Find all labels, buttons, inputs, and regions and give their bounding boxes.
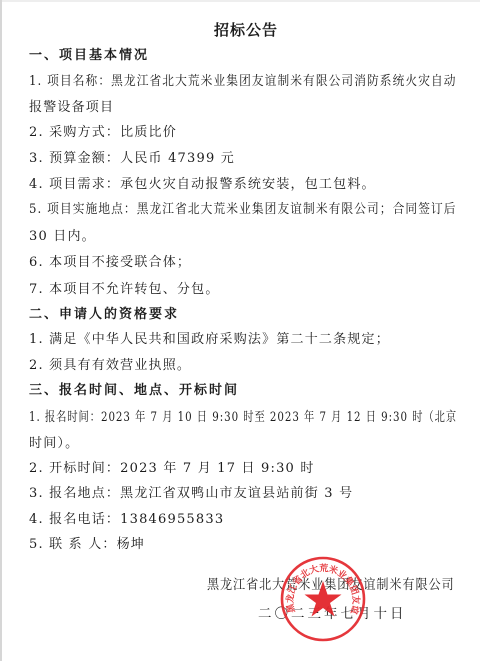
procurement-method: 2. 采购方式：比质比价 <box>29 124 177 142</box>
implementation-location: 5. 项目实施地点：黑龙江省北大荒米业集团友谊制米有限公司；合同签订后 <box>29 201 457 219</box>
qualification-law: 1. 满足《中华人民共和国政府采购法》第二十二条规定； <box>29 331 390 349</box>
section-heading-basic-info: 一、项目基本情况 <box>29 47 149 65</box>
signature-organization: 黑龙江省北大荒米业集团友谊制米有限公司 <box>207 576 455 594</box>
qualification-license: 2. 须具有有效营业执照。 <box>29 357 191 375</box>
no-subcontract-clause: 7. 本项目不允许转包、分包。 <box>29 281 220 299</box>
document-title: 招标公告 <box>0 20 480 40</box>
section-heading-schedule: 三、报名时间、地点、开标时间 <box>29 382 239 400</box>
no-consortium-clause: 6. 本项目不接受联合体； <box>29 254 191 272</box>
implementation-location-continued: 30 日内。 <box>29 228 96 246</box>
project-name-continued: 报警设备项目 <box>29 99 114 117</box>
official-seal-stamp: 黑龙江省北大荒米业集团友谊制米有限公司 <box>280 556 366 642</box>
bid-opening-time: 2. 开标时间：2023 年 7 月 17 日 9:30 时 <box>29 460 315 478</box>
registration-time: 1. 报名时间：2023 年 7 月 10 日 9:30 时至 2023 年 7… <box>29 409 457 427</box>
registration-time-continued: 时间）。 <box>29 435 79 453</box>
section-heading-qualifications: 二、申请人的资格要求 <box>29 306 179 324</box>
signature-date: 二〇二三年七月十日 <box>258 605 407 623</box>
project-requirement: 4. 项目需求：承包火灾自动报警系统安装，包工包料。 <box>29 176 376 194</box>
project-name-line: 1. 项目名称：黑龙江省北大荒米业集团友谊制米有限公司消防系统火灾自动 <box>29 73 457 91</box>
page-top-edge <box>0 0 480 2</box>
registration-location: 3. 报名地点：黑龙江省双鸭山市友谊县站前街 3 号 <box>29 485 353 503</box>
contact-person: 5. 联 系 人：杨坤 <box>29 536 145 554</box>
registration-phone: 4. 报名电话：13846955833 <box>29 511 224 529</box>
page-left-edge <box>0 0 2 661</box>
budget-amount: 3. 预算金额：人民币 47399 元 <box>29 150 235 168</box>
